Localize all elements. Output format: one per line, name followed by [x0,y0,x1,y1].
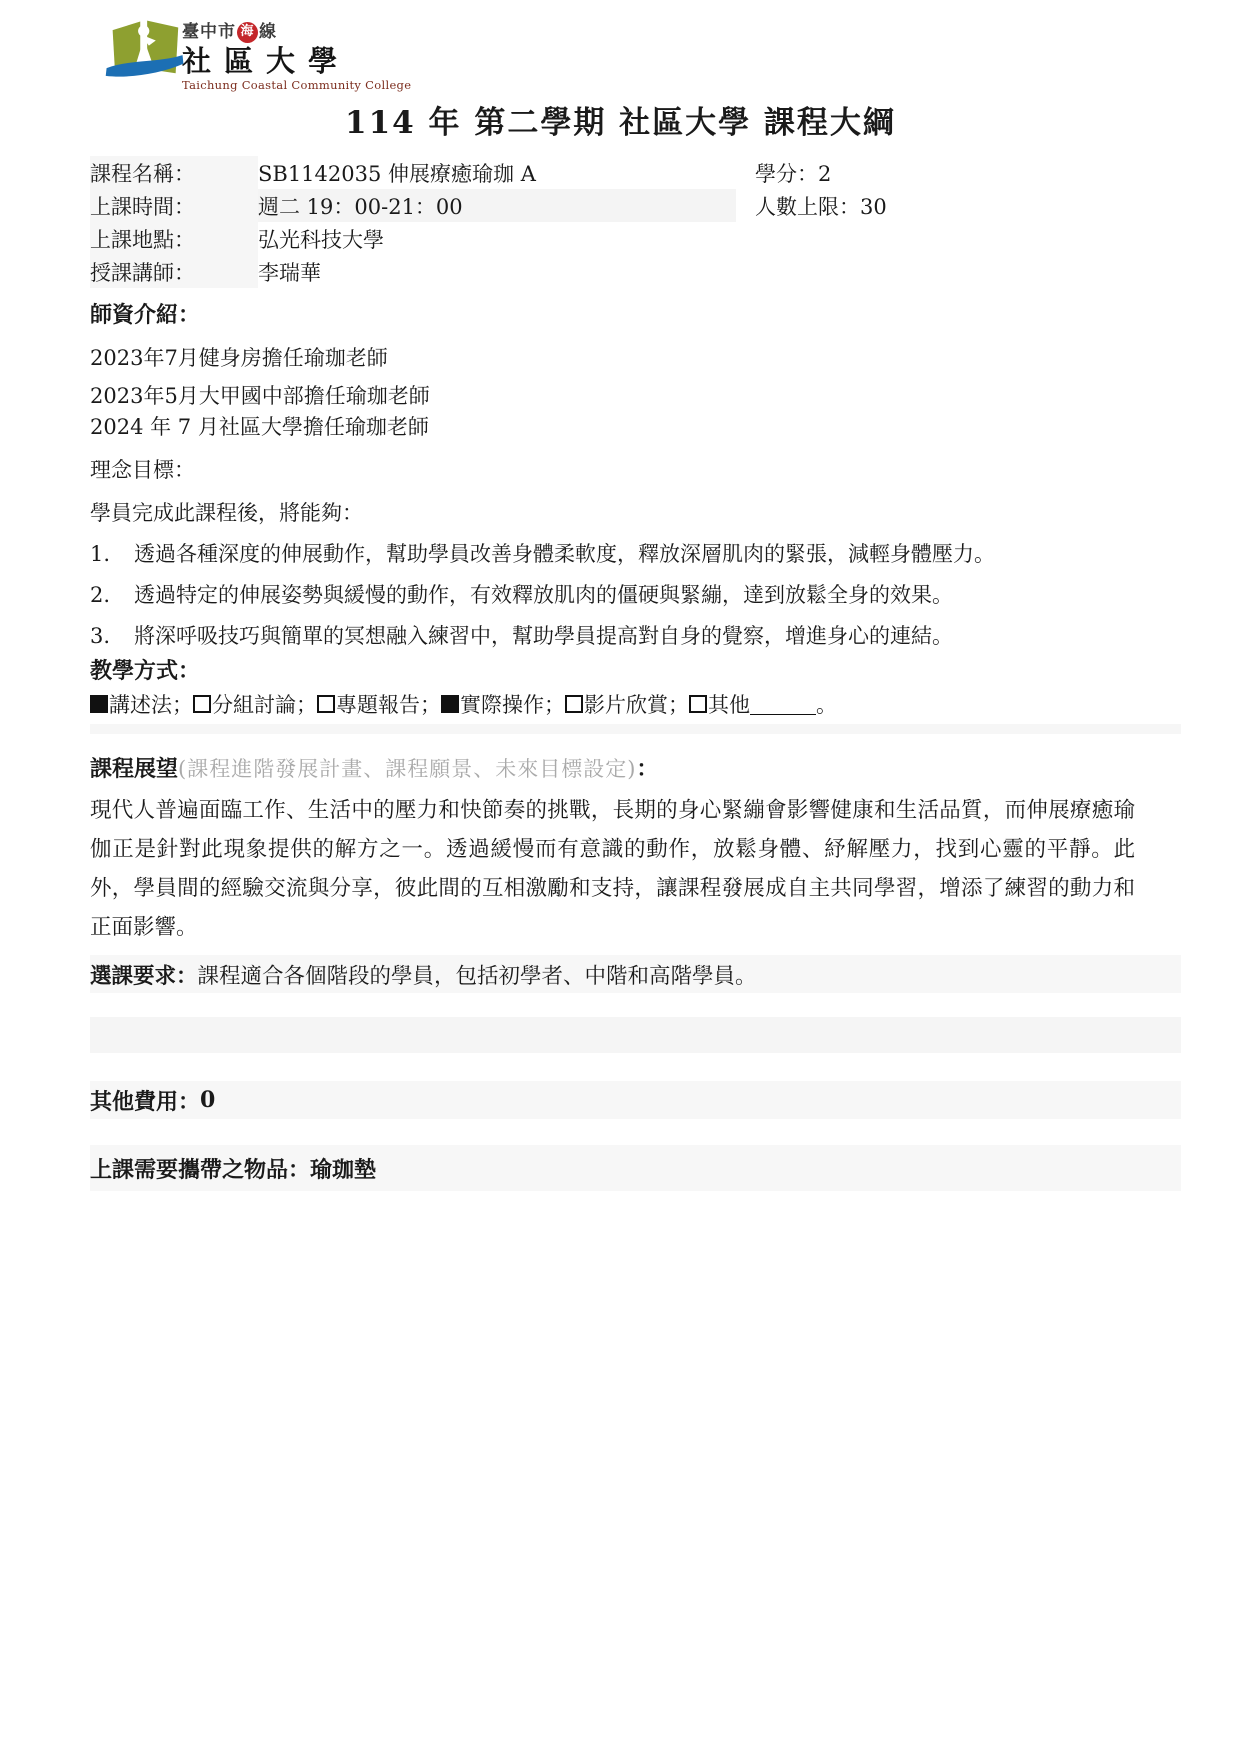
info-value: 弘光科技大學 [258,224,384,254]
info-row: 授課講師： 李瑞華 [90,255,1181,288]
other-fee-row: 其他費用：0 [90,1081,1181,1119]
info-value: 李瑞華 [258,257,321,287]
other-fee-label: 其他費用： [90,1085,200,1116]
logo-city: 臺中市 [182,23,236,42]
book-figure-wave-icon [104,12,186,94]
course-info-table: 課程名稱： SB1142035 伸展療癒瑜珈 A 學分：2 上課時間： 週二 1… [90,156,1181,288]
unchecked-box-icon [565,695,583,713]
info-row: 課程名稱： SB1142035 伸展療癒瑜珈 A 學分：2 [90,156,1181,189]
goal-text: 將深呼吸技巧與簡單的冥想融入練習中，幫助學員提高對自身的覺察，增進身心的連結。 [134,622,953,650]
unchecked-box-icon [317,695,335,713]
teacher-bio-line: 2024 年 7 月社區大學擔任瑜珈老師 [90,413,1181,441]
logo-line-char: 線 [259,23,277,42]
page-title: 114 年 第二學期 社區大學 課程大綱 [90,104,1151,142]
teacher-intro-heading: 師資介紹： [90,300,1181,330]
outlook-heading-colon: ： [636,756,658,782]
empty-shaded-band [90,1017,1181,1053]
goal-text: 透過各種深度的伸展動作，幫助學員改善身體柔軟度，釋放深層肌肉的緊張，減輕身體壓力… [134,540,995,568]
logo-line1: 臺中市海線 [182,22,411,43]
goal-text: 透過特定的伸展姿勢與緩慢的動作，有效釋放肌肉的僵硬與緊繃，達到放鬆全身的效果。 [134,581,953,609]
checked-box-icon [441,695,459,713]
goal-number: 2. [90,581,134,609]
goals-heading: 理念目標： [90,455,1181,485]
page-content: 臺中市海線 社區大學 Taichung Coastal Community Co… [0,0,1241,1191]
logo-college-name: 社區大學 [182,46,411,78]
goals-intro: 學員完成此課程後，將能夠： [90,499,1181,527]
teacher-bio-line: 2023年5月大甲國中部擔任瑜珈老師 [90,382,1181,410]
method-separator: ； [172,689,193,719]
logo-seal-icon: 海 [237,22,258,43]
college-logo: 臺中市海線 社區大學 Taichung Coastal Community Co… [104,12,411,94]
shaded-strip [90,724,1181,734]
outlook-heading-note: (課程進階發展計畫、課程願景、未來目標設定) [178,757,636,781]
outlook-heading-bold: 課程展望 [90,756,178,782]
info-right: 人數上限：30 [755,191,887,221]
goal-item: 2. 透過特定的伸展姿勢與緩慢的動作，有效釋放肌肉的僵硬與緊繃，達到放鬆全身的效… [90,581,1181,609]
info-value: 週二 19：00-21：00 [258,189,736,222]
goal-number: 3. [90,622,134,650]
unchecked-box-icon [193,695,211,713]
outlook-paragraph: 現代人普遍面臨工作、生活中的壓力和快節奏的挑戰，長期的身心緊繃會影響健康和生活品… [90,791,1135,947]
goals-list: 1. 透過各種深度的伸展動作，幫助學員改善身體柔軟度，釋放深層肌肉的緊張，減輕身… [90,540,1181,650]
teacher-bio-list: 2023年7月健身房擔任瑜珈老師2023年5月大甲國中部擔任瑜珈老師2024 年… [90,344,1181,441]
logo-english-name: Taichung Coastal Community College [182,79,411,92]
method-separator: ； [420,689,441,719]
info-label: 上課地點： [90,222,258,255]
method-separator: 。 [816,689,837,719]
course-requirement-row: 選課要求：課程適合各個階段的學員，包括初學者、中階和高階學員。 [90,955,1181,993]
method-label: 分組討論 [212,689,296,719]
bring-items-row: 上課需要攜帶之物品：瑜珈墊 [90,1145,1181,1191]
info-row: 上課地點： 弘光科技大學 [90,222,1181,255]
method-label: 影片欣賞 [584,689,668,719]
course-requirement-text: 課程適合各個階段的學員，包括初學者、中階和高階學員。 [198,959,757,990]
method-label: 講述法 [109,689,172,719]
method-separator: ； [544,689,565,719]
method-separator: ； [296,689,317,719]
checked-box-icon [90,695,108,713]
other-fee-value: 0 [200,1087,215,1113]
logo-area: 臺中市海線 社區大學 Taichung Coastal Community Co… [90,0,1181,102]
info-label: 上課時間： [90,189,258,222]
method-label: 專題報告 [336,689,420,719]
goal-item: 3. 將深呼吸技巧與簡單的冥想融入練習中，幫助學員提高對自身的覺察，增進身心的連… [90,622,1181,650]
teaching-methods-line: 講述法；分組討論；專題報告；實際操作；影片欣賞；其他。 [90,687,1181,721]
teacher-bio-line: 2023年7月健身房擔任瑜珈老師 [90,344,1181,372]
bring-items-value: 瑜珈墊 [310,1153,376,1184]
info-value: SB1142035 伸展療癒瑜珈 A [258,158,536,188]
method-separator: ； [668,689,689,719]
info-right: 學分：2 [755,158,831,188]
teaching-methods-heading: 教學方式： [90,656,1181,686]
course-requirement-label: 選課要求： [90,959,198,990]
bring-items-label: 上課需要攜帶之物品： [90,1153,310,1184]
syllabus-page: 臺中市海線 社區大學 Taichung Coastal Community Co… [0,0,1241,1754]
method-label: 實際操作 [460,689,544,719]
info-row: 上課時間： 週二 19：00-21：00 人數上限：30 [90,189,1181,222]
info-label: 課程名稱： [90,156,258,189]
goal-number: 1. [90,540,134,568]
goal-item: 1. 透過各種深度的伸展動作，幫助學員改善身體柔軟度，釋放深層肌肉的緊張，減輕身… [90,540,1181,568]
unchecked-box-icon [689,695,707,713]
outlook-heading: 課程展望(課程進階發展計畫、課程願景、未來目標設定)： [90,752,1181,786]
info-label: 授課講師： [90,255,258,288]
logo-text: 臺中市海線 社區大學 Taichung Coastal Community Co… [182,22,411,92]
blank-underline [750,694,816,715]
method-label: 其他 [708,689,750,719]
